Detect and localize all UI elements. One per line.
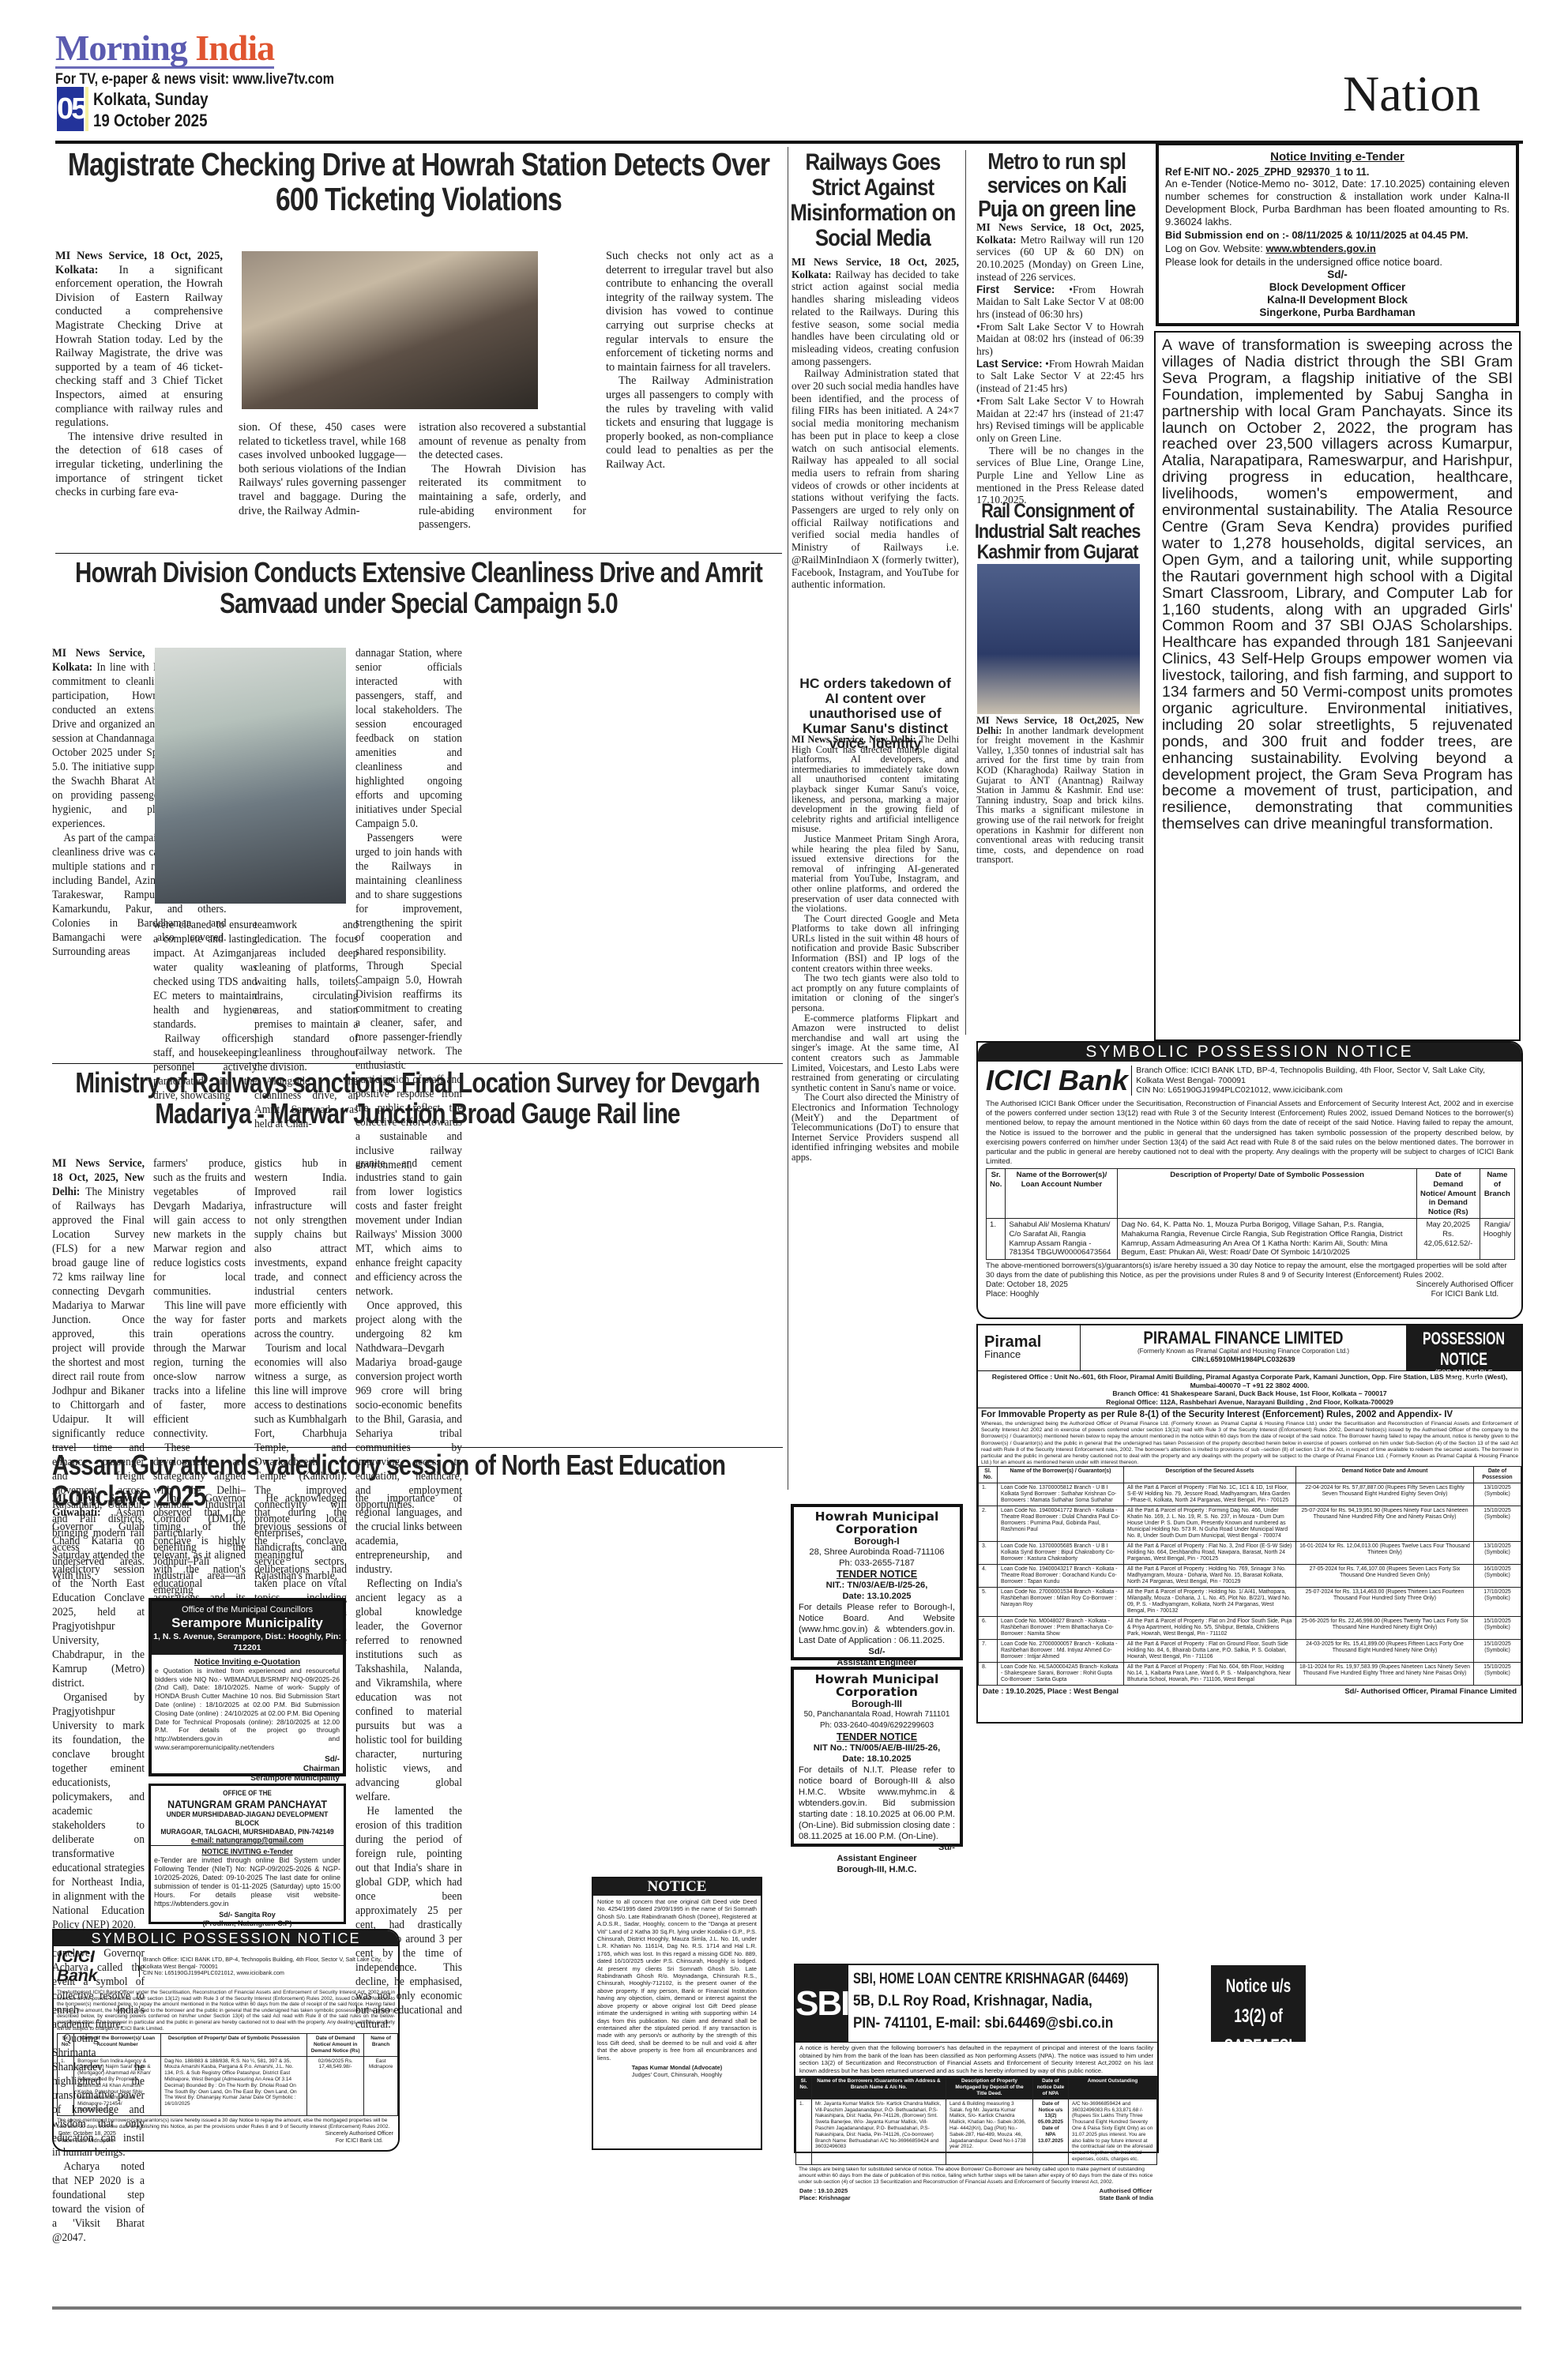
masthead-dateline: Kolkata, Sunday19 October 2025 [93, 88, 208, 131]
article-magistrate-col4: Such checks not only act as a deterrent … [606, 250, 773, 472]
divider [52, 1063, 783, 1064]
ad-natungram-panchayat: OFFICE OF THE NATUNGRAM GRAM PANCHAYAT U… [149, 1784, 346, 1924]
divider [52, 1447, 783, 1448]
sbi-npa-table: Sl. No.Name of the Borrowers /Guarantors… [795, 2076, 1157, 2164]
ad-sbi-section-13-2-notice: SBI SBI, HOME LOAN CENTRE KRISHNAGAR (64… [794, 1964, 1159, 2153]
article-kumar-sanu: MI News Service, New Delhi: The Delhi Hi… [792, 735, 959, 1163]
ad-hmc-borough-1: Howrah Municipal Corporation Borough-I 2… [791, 1504, 963, 1660]
article-magistrate-col3: istration also recovered a substantial a… [419, 421, 586, 532]
ad-piramal-possession-notice: PiramalFinance PIRAMAL FINANCE LIMITED(F… [976, 1324, 1523, 1724]
article-salt: MI News Service, 18 Oct,2025, New Delhi:… [976, 716, 1144, 865]
icici-logo: ICICI Bank [57, 1948, 139, 1986]
icici-top-table: Sr. No.Name of the Borrower(s)/ Loan Acc… [986, 1168, 1515, 1259]
article-misinformation: MI News Service, 18 Oct, 2025, Kolkata: … [792, 256, 959, 591]
ad-kalna-e-tender: Notice Inviting e-Tender Ref E-NIT NO.- … [1156, 142, 1519, 326]
photo-salt-consignment [977, 564, 1140, 714]
article-sbi-gram-seva: A wave of transformation is sweeping acr… [1154, 331, 1521, 1041]
table-row: 2.Loan Code No. 19400041772 Branch - Kol… [979, 1506, 1521, 1542]
icici-logo: ICICI Bank [986, 1064, 1131, 1097]
table-row: 8.Loan Code No. HLSA000042A5 Branch- Kol… [979, 1663, 1521, 1686]
table-row: 1.Mr. Jayanta Kumar Mallick S/o- Kartick… [796, 2099, 1157, 2164]
table-row: 1.Borrower Sun Indira Agency & (Guaranto… [58, 2056, 398, 2115]
headline-devgarh: Ministry of Railways sanctions Final Loc… [52, 1068, 783, 1130]
section-title: Nation [1343, 65, 1480, 123]
article-metro: MI News Service, 18 Oct, 2025, Kolkata: … [976, 221, 1144, 506]
article-magistrate-col1: MI News Service, 18 Oct, 2025, Kolkata: … [55, 250, 223, 500]
masthead-visit-link[interactable]: For TV, e-paper & news visit: www.live7t… [55, 71, 334, 88]
icici-bottom-table: Sr. No.Name of the Borrower(s)/ Loan Acc… [57, 2033, 398, 2116]
column-rule [788, 147, 788, 1490]
headline-metro: Metro to run spl services on Kali Puja o… [973, 150, 1141, 221]
headline-salt: Rail Consignment of Industrial Salt reac… [973, 501, 1141, 562]
masthead-logo: Morning India [55, 30, 274, 69]
ad-icici-symbolic-possession-top: SYMBOLIC POSSESSION NOTICE ICICI Bank Br… [976, 1041, 1523, 1319]
photo-amrit-samvaad [155, 648, 346, 904]
divider [55, 553, 782, 554]
article-magistrate-col2: sion. Of these, 450 cases were related t… [239, 421, 406, 518]
sbi-logo: SBI [795, 1965, 848, 2042]
photo-magistrate-drive [242, 251, 538, 409]
ad-gift-deed-notice: NOTICE Notice to all concern that one or… [592, 1877, 762, 2150]
headline-magistrate: Magistrate Checking Drive at Howrah Stat… [55, 147, 782, 217]
page-number-badge: 05 [57, 87, 84, 131]
ad-serampore-municipality: Office of the Municipal Councillors Sera… [149, 1598, 346, 1776]
piramal-table: Sl. No.Name of the Borrower(s) / Guarant… [978, 1466, 1521, 1686]
table-row: 3.Loan Code No. 13700005685 Branch - U B… [979, 1542, 1521, 1565]
ad-hmc-borough-3: Howrah Municipal Corporation Borough-III… [791, 1667, 963, 1847]
table-row: 7.Loan Code No. 27000000057 Branch - Kol… [979, 1640, 1521, 1663]
table-row: 1.Sahabul Ali/ Moslema Khatun/ C/o Saraf… [987, 1219, 1515, 1259]
table-row: 1.Loan Code No. 13700005812 Branch - U B… [979, 1483, 1521, 1506]
table-row: 4.Loan Code No. 19400043217 Branch - Kol… [979, 1565, 1521, 1588]
page-bottom-rule [52, 2306, 1521, 2310]
wbtenders-link[interactable]: www.wbtenders.gov.in [1265, 242, 1375, 254]
page-number-accent [85, 87, 88, 131]
table-row: 6.Loan Code No. M0048027 Branch - Kolkat… [979, 1617, 1521, 1640]
headline-cleanliness: Howrah Division Conducts Extensive Clean… [55, 558, 782, 619]
table-row: 5.Loan Code No. 27000001534 Branch - Kol… [979, 1588, 1521, 1617]
column-rule [965, 150, 966, 1035]
headline-misinformation: Railways Goes Strict Against Misinformat… [790, 150, 956, 251]
ad-icici-symbolic-possession-bottom: SYMBOLIC POSSESSION NOTICE ICICI Bank Br… [52, 1929, 400, 2152]
